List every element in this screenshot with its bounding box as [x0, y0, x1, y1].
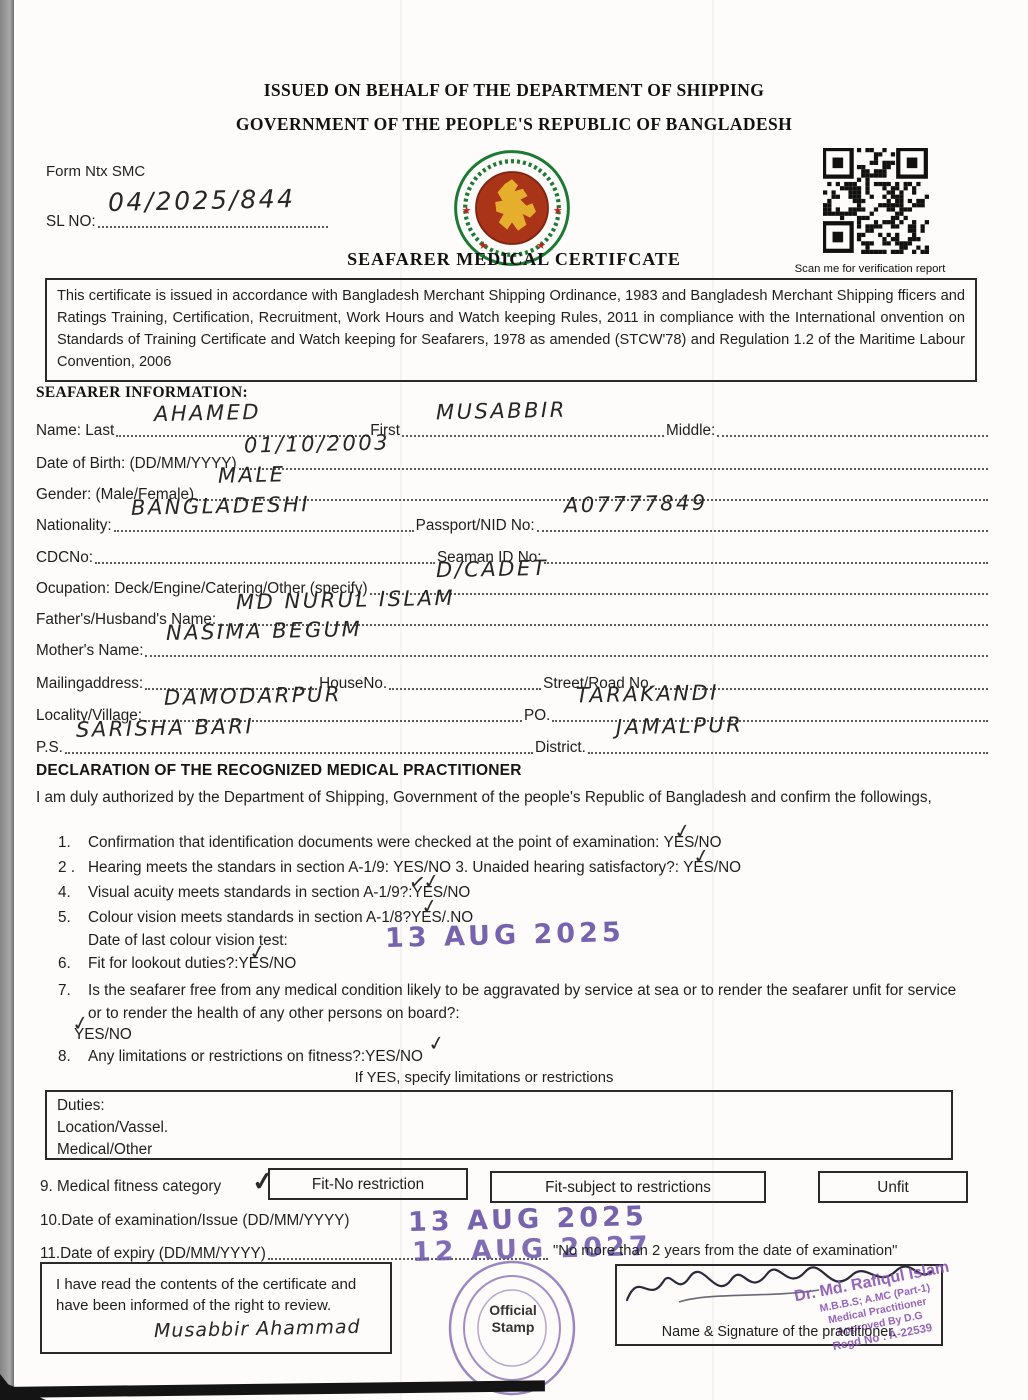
acknowledgement-text: I have read the contents of the certific…	[56, 1276, 356, 1314]
gender-value: MALE	[218, 462, 286, 487]
passport-label: Passport/NID No:	[416, 517, 535, 536]
official-stamp: Official Stamp	[442, 1256, 582, 1400]
po-value: TARAKANDI	[576, 681, 719, 708]
mother-value: NASIMA BEGUM	[166, 617, 363, 645]
seafarer-section-title: SEAFARER INFORMATION:	[36, 384, 248, 402]
official-stamp-label: Official Stamp	[482, 1302, 544, 1336]
item10-label: 10.Date of examination/Issue (DD/MM/YYYY…	[40, 1212, 349, 1230]
practitioner-caption: Name & Signature of the practitioner.	[617, 1324, 941, 1340]
seafarer-medical-certificate-page: ISSUED ON BEHALF OF THE DEPARTMENT OF SH…	[0, 0, 1028, 1400]
nationality-value: BANGLADESHI	[131, 492, 311, 520]
duties-label: Duties:	[57, 1095, 941, 1117]
medical-label: Medical/Other	[57, 1139, 941, 1161]
emblem-star-icon: ★	[553, 205, 563, 217]
po-label: PO.	[524, 707, 550, 726]
header-line-1: ISSUED ON BEHALF OF THE DEPARTMENT OF SH…	[0, 80, 1028, 101]
middle-label: Middle:	[666, 422, 715, 441]
check-mark-icon: ✓	[247, 939, 268, 966]
sl-no-value: 04/2025/844	[108, 184, 296, 217]
category-fit-no-restriction: Fit-No restriction	[268, 1168, 468, 1200]
last-name-value: AHAMED	[154, 400, 262, 426]
sl-no-row: SL NO: 04/2025/844	[46, 208, 330, 232]
declaration-item-8: 8. Any limitations or restrictions on fi…	[58, 1048, 988, 1066]
dob-label: Date of Birth: (DD/MM/YYYY)	[36, 455, 237, 474]
cdc-label: CDCNo:	[36, 549, 93, 568]
mother-label: Mother's Name:	[36, 642, 143, 661]
district-label: District.	[535, 739, 586, 758]
ps-value: SARISHA BARI	[76, 714, 255, 742]
category-unfit: Unfit	[818, 1171, 968, 1203]
check-mark-icon: ✓	[672, 818, 693, 845]
first-name-value: MUSABBIR	[436, 398, 567, 425]
father-value: MD NURUL ISLAM	[236, 586, 456, 615]
declaration-intro: I am duly authorized by the Department o…	[36, 787, 956, 809]
seafarer-signature: Musabbir Ahammad	[154, 1314, 361, 1345]
ps-label: P.S.	[36, 739, 63, 758]
emblem-star-icon: ★	[462, 205, 472, 217]
district-value: JAMALPUR	[616, 713, 744, 740]
item8-yesno: ✓YES/NO	[365, 1048, 423, 1065]
declaration-item-7: 7. Is the seafarer free from any medical…	[58, 980, 988, 1026]
colour-vision-date-stamp: 13 AUG 2025	[385, 917, 625, 954]
declaration-item-1: 1. Confirmation that identification docu…	[58, 834, 988, 852]
item6-yesno: ✓YES/NO	[239, 955, 297, 972]
sl-no-label: SL NO:	[46, 213, 96, 232]
field-nationality: Nationality: Passport/NID No: BANGLADESH…	[36, 512, 990, 536]
field-dob: Date of Birth: (DD/MM/YYYY) 01/10/2003	[36, 450, 990, 474]
item7-yesno: ✓YES/NO	[74, 1026, 132, 1044]
acknowledgement-box: I have read the contents of the certific…	[40, 1262, 392, 1354]
restrictions-box: Duties: Location/Vassel. Medical/Other	[45, 1090, 953, 1160]
header-line-2: GOVERNMENT OF THE PEOPLE'S REPUBLIC OF B…	[0, 114, 1028, 135]
qr-code-svg	[823, 148, 929, 254]
item9-label: 9. Medical fitness category	[40, 1178, 221, 1196]
declaration-item-6: 6. Fit for lookout duties?:✓YES/NO	[58, 955, 988, 973]
declaration-section-title: DECLARATION OF THE RECOGNIZED MEDICAL PR…	[36, 762, 522, 780]
scan-edge-left	[0, 0, 14, 1400]
name-label: Name: Last	[36, 422, 114, 441]
declaration-item-4: 4. Visual acuity meets standards in sect…	[58, 884, 988, 902]
qr-code	[823, 148, 929, 254]
dob-value: 01/10/2003	[244, 430, 391, 457]
occupation-value: D/CADET	[436, 556, 549, 582]
form-code: Form Ntx SMC	[46, 163, 145, 180]
if-yes-note: If YES, specify limitations or restricti…	[0, 1070, 968, 1086]
category-fit-subject: Fit-subject to restrictions	[490, 1171, 766, 1203]
item7-yesno-line: ✓YES/NO	[74, 1026, 988, 1044]
field-name: Name: Last First Middle: AHAMED MUSABBIR	[36, 417, 990, 441]
mailing-label: Mailingaddress:	[36, 675, 143, 694]
intro-paragraph: This certificate is issued in accordance…	[45, 278, 977, 382]
field-ps: P.S. District. SARISHA BARI JAMALPUR	[36, 734, 990, 758]
field-occupation: Ocupation: Deck/Engine/Catering/Other (s…	[36, 575, 990, 599]
check-mark-icon: ✓	[421, 868, 442, 895]
passport-value: A07777849	[564, 490, 708, 517]
practitioner-box: Dr. Md. Rafiqul Islam M.B.B.S; A.MC (Par…	[615, 1264, 943, 1346]
field-mother: Mother's Name: NASIMA BEGUM	[36, 637, 990, 661]
certificate-title: SEAFARER MEDICAL CERTIFCATE	[0, 249, 1028, 270]
declaration-item-2: 2 . Hearing meets the standars in sectio…	[58, 859, 988, 877]
nationality-label: Nationality:	[36, 517, 112, 536]
location-label: Location/Vassel.	[57, 1117, 941, 1139]
locality-value: DAMODARPUR	[164, 682, 342, 710]
item3-yesno: ✓YES/NO	[683, 859, 741, 876]
